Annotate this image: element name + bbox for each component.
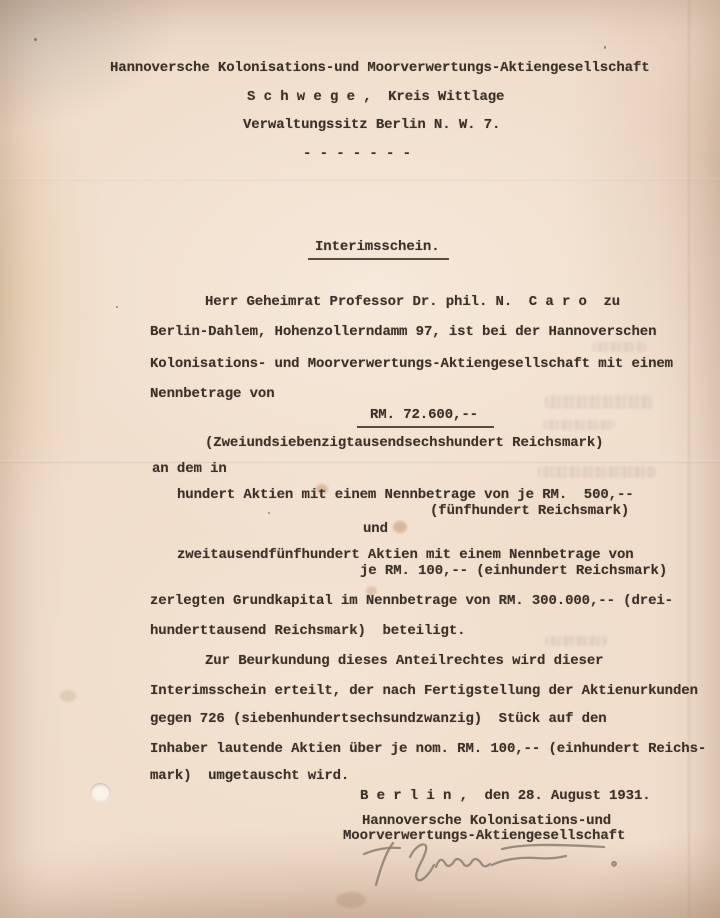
signature-stroke: [410, 844, 434, 880]
an-dem-in-line: an dem in: [152, 460, 227, 478]
signature-handwriting: [352, 838, 642, 890]
admin-seat-line: Verwaltungssitz Berlin N. W. 7.: [243, 116, 500, 134]
para2-line1: Zur Beurkundung dieses Anteilrechtes wir…: [205, 652, 603, 670]
location-line: S c h w e g e , Kreis Wittlage: [247, 88, 504, 106]
signature-stroke: [492, 856, 566, 865]
fold-crease-horizontal: [0, 460, 720, 463]
stain: [336, 892, 366, 908]
para2-line2: Interimsschein erteilt, der nach Fertigs…: [150, 682, 698, 700]
stain: [393, 521, 407, 533]
ink-ghost: [592, 342, 646, 352]
amount-in-words: (Zweiundsiebenzigtausendsechshundert Rei…: [205, 434, 603, 452]
fold-crease-vertical: [688, 0, 690, 918]
speck: [116, 306, 118, 308]
speck: [34, 38, 37, 41]
ink-ghost: [543, 420, 615, 430]
signature-stroke: [436, 859, 490, 867]
signature-period-dot: [612, 862, 616, 866]
document-page: Hannoversche Kolonisations-und Moorverwe…: [0, 0, 720, 918]
para2-line5: mark) umgetauscht wird.: [150, 767, 349, 785]
ink-ghost: [545, 636, 607, 646]
para1-line4: Nennbetrage von: [150, 385, 275, 403]
shares1-line2: (fünfhundert Reichsmark): [430, 502, 629, 520]
shares2-line2: je RM. 100,-- (einhundert Reichsmark): [360, 562, 667, 580]
para2-line3: gegen 726 (siebenhundertsechsundzwanzig)…: [150, 710, 607, 728]
capital-line2: hunderttausend Reichsmark) beteiligt.: [150, 622, 465, 640]
company-name: Hannoversche Kolonisations-und Moorverwe…: [110, 59, 650, 77]
signature-stroke: [502, 845, 604, 849]
para2-line4: Inhaber lautende Aktien über je nom. RM.…: [150, 740, 706, 758]
document-title: Interimsschein.: [308, 238, 449, 260]
ink-ghost: [538, 466, 656, 478]
stain: [60, 690, 76, 702]
speck: [604, 46, 606, 49]
speck: [268, 512, 270, 514]
capital-line1: zerlegten Grundkapital im Nennbetrage vo…: [150, 592, 673, 610]
fold-crease-horizontal: [0, 178, 720, 181]
separator-dashes: - - - - - - -: [303, 145, 411, 163]
para1-line2: Berlin-Dahlem, Hohenzollerndamm 97, ist …: [150, 323, 656, 341]
ink-ghost: [545, 395, 653, 409]
para1-line1: Herr Geheimrat Professor Dr. phil. N. C …: [205, 293, 620, 311]
hole-punch: [90, 783, 111, 802]
signature-stroke: [364, 848, 400, 854]
dateline: B e r l i n , den 28. August 1931.: [360, 787, 651, 805]
nominal-amount: RM. 72.600,--: [357, 406, 494, 428]
conjunction-und: und: [363, 520, 388, 538]
para1-line3: Kolonisations- und Moorverwertungs-Aktie…: [150, 355, 673, 373]
